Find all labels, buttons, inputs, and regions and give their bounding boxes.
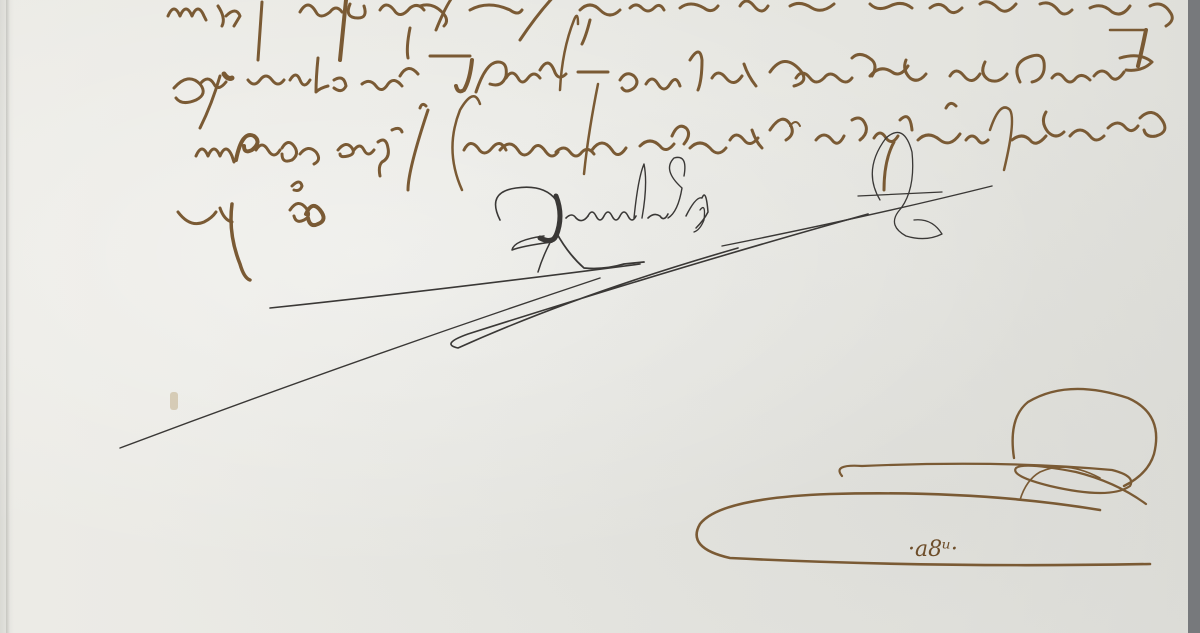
line-3-strokes xyxy=(196,96,1165,190)
line-1-strokes xyxy=(168,0,1172,60)
brown-ink-text xyxy=(168,0,1172,280)
background-strip xyxy=(1188,0,1200,633)
handwriting-layer: ·a8ᵘ· xyxy=(0,0,1188,633)
line-4-strokes xyxy=(178,182,324,280)
signature-main xyxy=(120,132,992,448)
rubric-abbreviation-text: ·a8ᵘ· xyxy=(908,537,958,562)
rubric-abbreviation: ·a8ᵘ· xyxy=(908,537,958,562)
